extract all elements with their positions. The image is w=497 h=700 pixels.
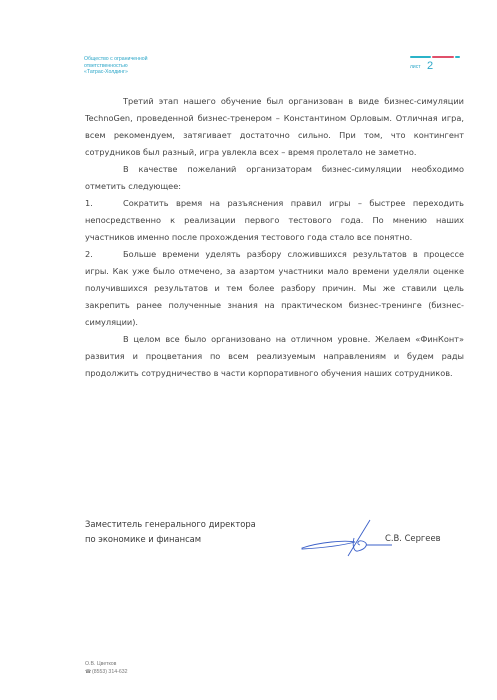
list-number: 2. <box>85 246 123 263</box>
list-item: 2.Больше времени уделять разбору сложивш… <box>85 246 464 331</box>
signatory-name: С.В. Сергеев <box>385 531 441 546</box>
sheet-label: лист <box>410 64 421 70</box>
company-line-3: «Татрас-Холдинг» <box>84 69 148 76</box>
sheet-number: 2 <box>427 60 433 72</box>
signature-block: Заместитель генерального директора по эк… <box>85 517 465 557</box>
paragraph-intro: Третий этап нашего обучение был организо… <box>85 93 464 161</box>
accent-bar-teal <box>410 56 431 58</box>
contact-phone-row: ☎(8553) 314-632 <box>85 668 127 676</box>
paragraph-wishes: В качестве пожеланий организаторам бизне… <box>85 161 464 195</box>
contact-person: О.В. Цветков <box>85 660 127 668</box>
paragraph-closing: В целом все было организовано на отлично… <box>85 331 464 382</box>
accent-bar-red <box>432 56 454 58</box>
signatory-title: Заместитель генерального директора по эк… <box>85 517 256 547</box>
phone-icon: ☎ <box>85 668 92 676</box>
company-name: Общество с ограниченной ответственностью… <box>84 56 148 76</box>
letter-body: Третий этап нашего обучение был организо… <box>85 93 464 382</box>
list-item: 1.Сократить время на разъяснения правил … <box>85 195 464 246</box>
list-text: Больше времени уделять разбору сложивших… <box>85 249 464 327</box>
accent-bar-teal-short <box>455 56 460 58</box>
handwritten-signature-icon <box>300 518 395 558</box>
list-text: Сократить время на разъяснения правил иг… <box>85 198 464 242</box>
contact-footer: О.В. Цветков ☎(8553) 314-632 <box>85 660 127 676</box>
company-line-1: Общество с ограниченной <box>84 56 148 63</box>
company-line-2: ответственностью <box>84 63 148 70</box>
page-marker: лист 2 <box>410 56 462 78</box>
signatory-title-line-2: по экономике и финансам <box>85 532 256 547</box>
contact-phone: (8553) 314-632 <box>92 669 127 675</box>
signatory-title-line-1: Заместитель генерального директора <box>85 517 256 532</box>
list-number: 1. <box>85 195 123 212</box>
